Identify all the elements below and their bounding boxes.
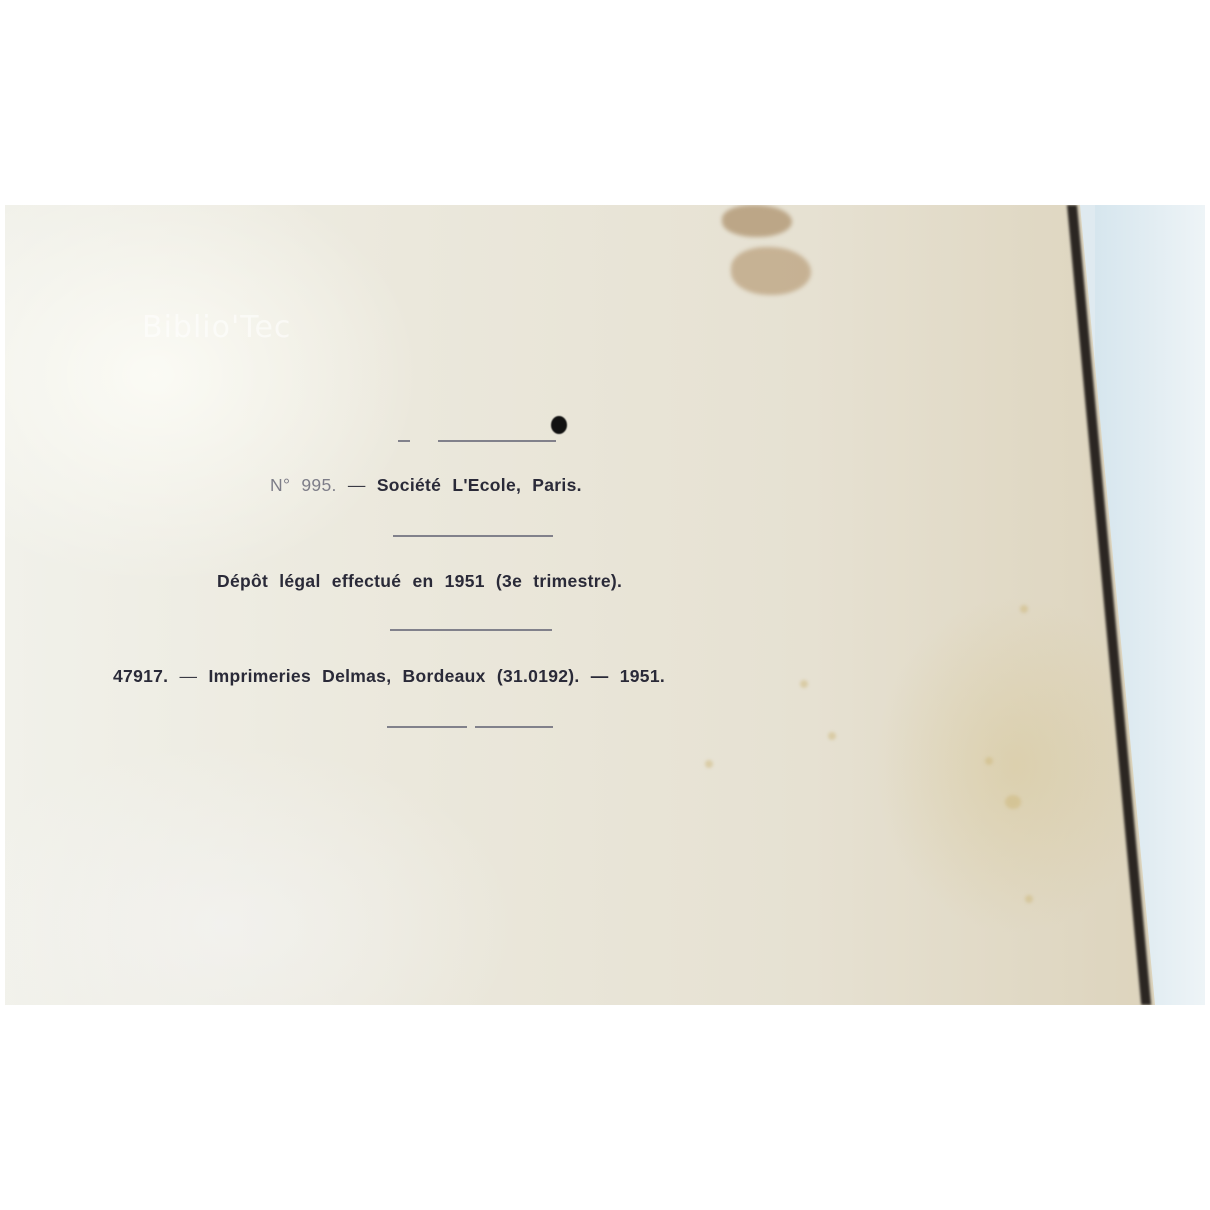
foxing-spot [1025, 895, 1033, 903]
publisher-dash: — [348, 475, 366, 495]
paper-page: Biblio'Tec N° 995. — Société L'Ecole, Pa… [5, 205, 1155, 1005]
rule [390, 629, 552, 631]
foxing-spot [705, 760, 713, 768]
publisher-number: N° 995. [270, 475, 337, 495]
foxing-spot [985, 757, 993, 765]
rule [438, 440, 556, 442]
printer-dash: — [180, 666, 198, 686]
rule [387, 726, 467, 728]
printer-number: 47917. [113, 666, 168, 686]
foxing-spot [1005, 795, 1021, 809]
book-page-photo: Biblio'Tec N° 995. — Société L'Ecole, Pa… [5, 205, 1205, 1005]
watermark: Biblio'Tec [142, 310, 291, 345]
legal-deposit-line: Dépôt légal effectué en 1951 (3e trimest… [217, 571, 622, 592]
stain-mark [731, 247, 811, 295]
publisher-name: Société L'Ecole, Paris. [377, 475, 582, 495]
publisher-line: N° 995. — Société L'Ecole, Paris. [270, 475, 582, 496]
foxing-spot [800, 680, 808, 688]
foxing-spot [1020, 605, 1028, 613]
foxing-spot [828, 732, 836, 740]
rule-short [398, 440, 410, 442]
rule [393, 535, 553, 537]
ink-blot [551, 416, 567, 434]
printer-name: Imprimeries Delmas, Bordeaux (31.0192). … [208, 666, 665, 686]
rule [475, 726, 553, 728]
stain-mark [722, 205, 792, 237]
printer-line: 47917. — Imprimeries Delmas, Bordeaux (3… [113, 666, 665, 687]
